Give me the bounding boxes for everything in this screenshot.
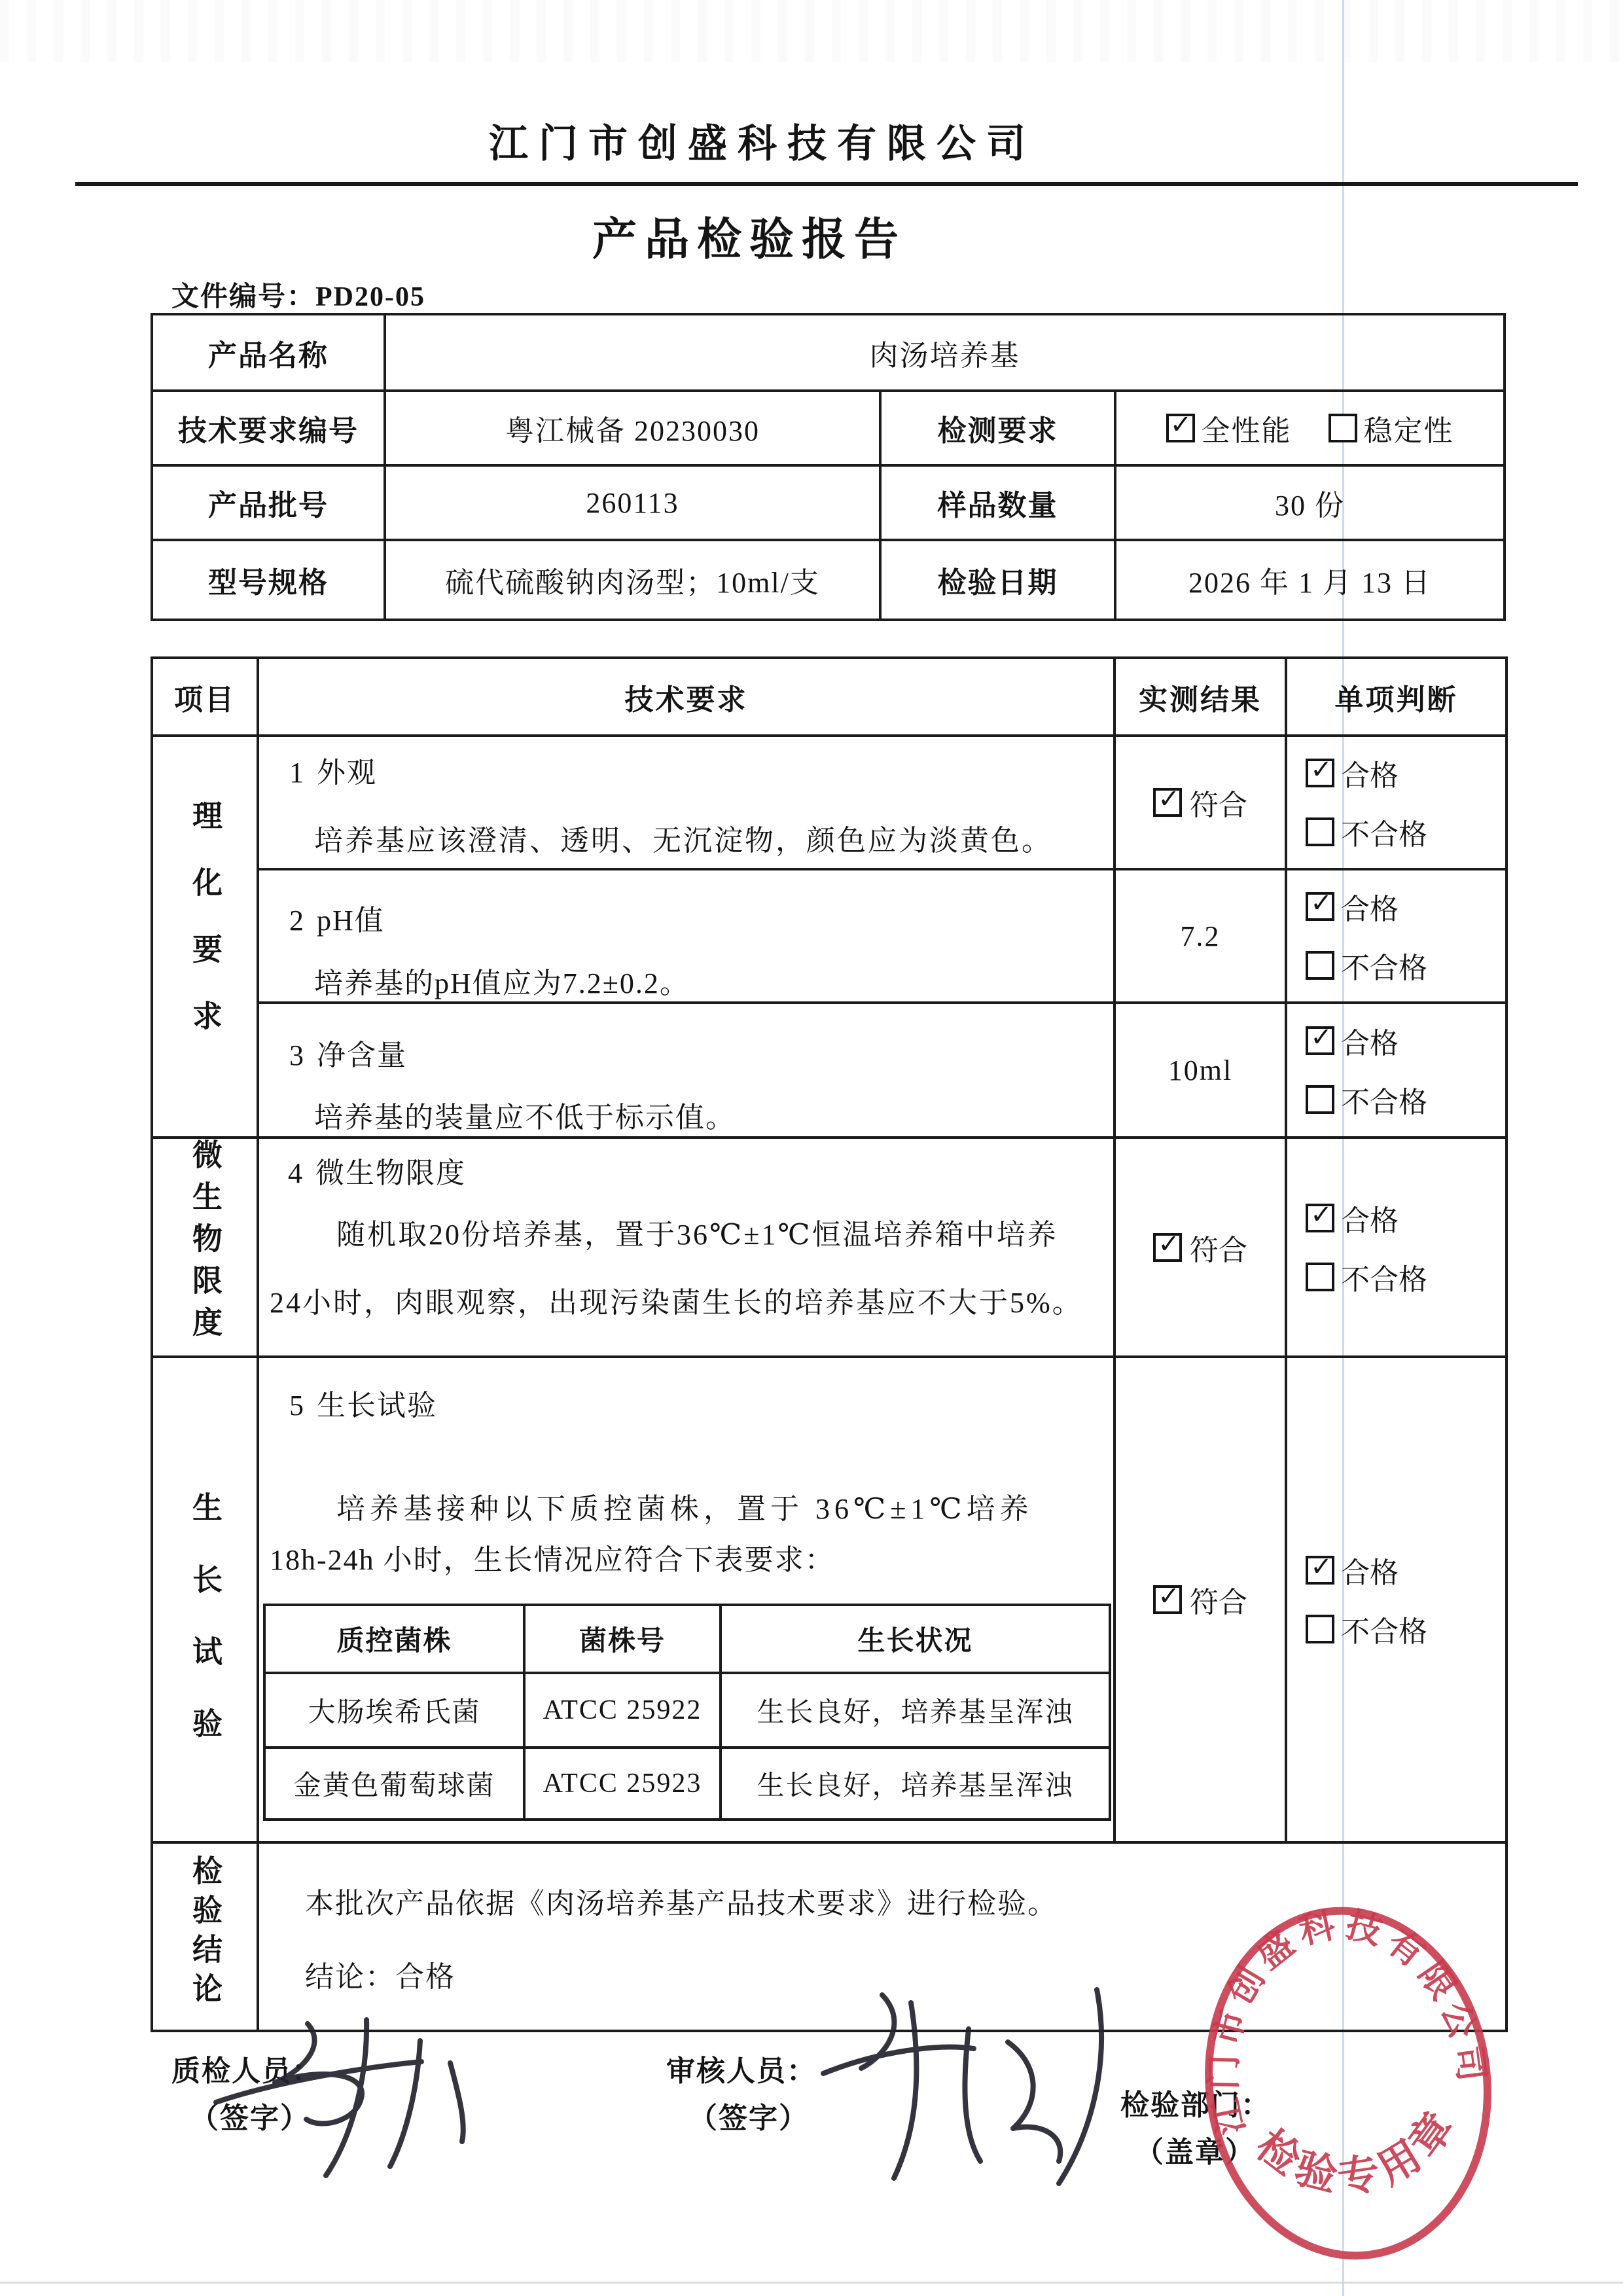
strain-number: ATCC 25923 (524, 1748, 721, 1820)
seal-center-text: 检验专用章 (1243, 2095, 1474, 2213)
checkbox-unchecked-icon (1306, 1263, 1334, 1291)
row-ph: 2pH值 培养基的pH值应为7.2±0.2。 7.2 ✓合格 不合格 (152, 869, 1507, 1003)
col-header-item: 项目 (152, 658, 258, 736)
growth-strains-table: 质控菌株 菌株号 生长状况 大肠埃希氏菌 ATCC 25922 生长良好，培养基… (263, 1604, 1111, 1821)
checkbox-unchecked-icon (1306, 1615, 1334, 1643)
item-number: 1 (289, 757, 305, 789)
row-net-content: 3净含量 培养基的装量应不低于标示值。 10ml ✓合格 不合格 (152, 1003, 1507, 1138)
checkbox-unchecked-icon (1306, 951, 1334, 980)
checkbox-checked-icon: ✓ (1153, 788, 1182, 817)
result-text: 符合 (1190, 1579, 1247, 1621)
item-number: 5 (289, 1390, 305, 1422)
info-row-tech-req: 技术要求编号 粤江械备 20230030 检测要求 ✓ 全性能 稳定性 (152, 391, 1505, 465)
growth-table-header: 质控菌株 菌株号 生长状况 (264, 1605, 1110, 1673)
judge-fail-label: 不合格 (1341, 1256, 1427, 1298)
product-name-value: 肉汤培养基 (385, 314, 1505, 391)
col-header-judgement: 单项判断 (1286, 658, 1507, 736)
option-label: 稳定性 (1364, 407, 1454, 449)
group-physicochemical: 理化要求 (152, 736, 258, 1138)
title-divider (75, 182, 1578, 186)
group-label: 理化要求 (183, 800, 226, 1067)
judge-fail-label: 不合格 (1341, 1608, 1427, 1650)
requirement-appearance: 1外观 培养基应该澄清、透明、无沉淀物，颜色应为淡黄色。 (258, 736, 1115, 869)
sample-qty-label: 样品数量 (880, 465, 1115, 540)
check-mark-icon: ✓ (1310, 890, 1332, 916)
check-mark-icon: ✓ (1310, 1024, 1332, 1050)
reviewer-signature (823, 1990, 1101, 2183)
seal-ring-text: 江门市创盛科技有限公司 (1184, 1888, 1495, 2138)
model-label: 型号规格 (152, 540, 385, 620)
model-value: 硫代硫酸钠肉汤型；10ml/支 (385, 540, 880, 620)
requirement-text: 培养基应该澄清、透明、无沉淀物，颜色应为淡黄色。 (314, 817, 1052, 859)
strain-name: 大肠埃希氏菌 (264, 1673, 524, 1748)
strain-col-header: 质控菌株 (264, 1605, 524, 1673)
judge-pass-label: 合格 (1341, 1197, 1399, 1239)
test-req-value: ✓ 全性能 稳定性 (1115, 391, 1505, 465)
item-title: 生长试验 (317, 1390, 437, 1422)
result-text: 7.2 (1116, 920, 1285, 953)
col-header-requirement: 技术要求 (258, 658, 1115, 736)
checkbox-checked-icon: ✓ (1306, 1204, 1334, 1232)
company-title: 江门市创盛科技有限公司 (0, 113, 1525, 169)
strain-number: ATCC 25922 (524, 1673, 721, 1748)
inspection-items-table: 项目 技术要求 实测结果 单项判断 理化要求 1外观 培养基应该澄清、透明、无沉… (151, 656, 1508, 2032)
check-mark-icon: ✓ (1158, 1231, 1180, 1257)
row-growth-test: 生长试验 5生长试验 培养基接种以下质控菌株，置于 36℃±1℃培养 18h-2… (152, 1357, 1507, 1842)
option-stability: 稳定性 (1329, 407, 1454, 449)
judgement-net-content: ✓合格 不合格 (1286, 1003, 1507, 1138)
scan-noise-artifact (0, 0, 1623, 62)
check-mark-icon: ✓ (1158, 1583, 1180, 1609)
requirement-text: 随机取20份培养基，置于36℃±1℃恒温培养箱中培养 (336, 1211, 1058, 1253)
item-title: 微生物限度 (315, 1157, 466, 1189)
result-microbial: ✓符合 (1115, 1138, 1286, 1357)
date-value: 2026 年 1 月 13 日 (1115, 540, 1505, 620)
checkbox-unchecked-icon (1306, 817, 1334, 846)
item-title: 外观 (317, 757, 377, 789)
group-label: 生长试验 (183, 1492, 226, 1780)
judgement-microbial: ✓合格 不合格 (1286, 1138, 1507, 1357)
checkbox-checked-icon: ✓ (1306, 759, 1334, 787)
requirement-microbial: 4微生物限度 随机取20份培养基，置于36℃±1℃恒温培养箱中培养 24小时，肉… (258, 1138, 1115, 1357)
judge-fail-label: 不合格 (1341, 1079, 1427, 1121)
batch-value: 260113 (385, 465, 880, 540)
row-microbial-limit: 微生物限度 4微生物限度 随机取20份培养基，置于36℃±1℃恒温培养箱中培养 … (152, 1138, 1507, 1357)
row-appearance: 理化要求 1外观 培养基应该澄清、透明、无沉淀物，颜色应为淡黄色。 ✓符合 ✓合… (152, 736, 1507, 869)
main-header-row: 项目 技术要求 实测结果 单项判断 (152, 658, 1507, 736)
requirement-text: 培养基的装量应不低于标示值。 (314, 1094, 736, 1136)
check-mark-icon: ✓ (1158, 786, 1180, 812)
date-label: 检验日期 (880, 540, 1115, 620)
result-text: 符合 (1190, 781, 1247, 823)
checkbox-unchecked-icon (1329, 414, 1357, 442)
item-number: 3 (289, 1039, 305, 1071)
group-growth-test: 生长试验 (152, 1357, 258, 1842)
option-label: 全性能 (1202, 407, 1292, 449)
growth-status: 生长良好，培养基呈浑浊 (721, 1748, 1110, 1820)
tech-req-no-value: 粤江械备 20230030 (385, 391, 880, 465)
batch-label: 产品批号 (152, 465, 385, 540)
item-title: pH值 (317, 905, 385, 937)
tech-req-no-label: 技术要求编号 (152, 391, 385, 465)
checkbox-checked-icon: ✓ (1306, 892, 1334, 921)
requirement-text: 24小时，肉眼观察，出现污染菌生长的培养基应不大于5%。 (270, 1279, 1083, 1321)
doc-number-value: PD20-05 (315, 282, 425, 312)
table-row: 金黄色葡萄球菌 ATCC 25923 生长良好，培养基呈浑浊 (264, 1748, 1110, 1820)
result-appearance: ✓符合 (1115, 736, 1286, 869)
item-number: 2 (289, 905, 305, 937)
growth-status: 生长良好，培养基呈浑浊 (721, 1673, 1110, 1748)
judgement-appearance: ✓合格 不合格 (1286, 736, 1507, 869)
judgement-ph: ✓合格 不合格 (1286, 869, 1507, 1003)
report-title: 产品检验报告 (0, 204, 1499, 268)
check-mark-icon: ✓ (1170, 412, 1194, 438)
col-header-result: 实测结果 (1115, 658, 1286, 736)
item-number: 4 (288, 1157, 304, 1189)
result-ph: 7.2 (1115, 869, 1286, 1003)
product-name-label: 产品名称 (152, 314, 385, 391)
requirement-growth: 5生长试验 培养基接种以下质控菌株，置于 36℃±1℃培养 18h-24h 小时… (258, 1357, 1115, 1842)
info-row-product-name: 产品名称 肉汤培养基 (152, 314, 1505, 391)
checkbox-checked-icon: ✓ (1153, 1585, 1182, 1614)
item-title: 净含量 (317, 1039, 407, 1071)
checkbox-unchecked-icon (1306, 1085, 1334, 1114)
requirement-net-content: 3净含量 培养基的装量应不低于标示值。 (258, 1003, 1115, 1138)
company-seal: 江门市创盛科技有限公司 检验专用章 (1177, 1882, 1518, 2284)
judgement-growth: ✓合格 不合格 (1286, 1357, 1507, 1842)
growth-status-col-header: 生长状况 (721, 1605, 1110, 1673)
group-microbial-limit: 微生物限度 (152, 1138, 258, 1357)
info-row-batch: 产品批号 260113 样品数量 30 份 (152, 465, 1505, 540)
result-text: 10ml (1116, 1054, 1285, 1087)
judge-fail-label: 不合格 (1341, 811, 1427, 853)
checkbox-checked-icon: ✓ (1306, 1026, 1334, 1055)
requirement-ph: 2pH值 培养基的pH值应为7.2±0.2。 (258, 869, 1115, 1003)
qc-signature (216, 2020, 463, 2176)
requirement-text: 培养基的pH值应为7.2±0.2。 (314, 960, 690, 1001)
result-growth: ✓符合 (1115, 1357, 1286, 1842)
info-row-model: 型号规格 硫代硫酸钠肉汤型；10ml/支 检验日期 2026 年 1 月 13 … (152, 540, 1505, 620)
option-full-performance: ✓ 全性能 (1166, 407, 1292, 449)
strain-no-col-header: 菌株号 (524, 1605, 721, 1673)
test-req-label: 检测要求 (880, 391, 1115, 465)
judge-pass-label: 合格 (1341, 886, 1399, 927)
requirement-text: 18h-24h 小时，生长情况应符合下表要求： (270, 1536, 835, 1578)
judge-pass-label: 合格 (1341, 1020, 1399, 1062)
judge-pass-label: 合格 (1341, 1549, 1399, 1591)
result-text: 符合 (1190, 1227, 1247, 1268)
conclusion-text: 本批次产品依据《肉汤培养基产品技术要求》进行检验。 (305, 1880, 1058, 1922)
doc-number: 文件编号：PD20-05 (171, 275, 425, 314)
inspection-report-page: 江门市创盛科技有限公司 产品检验报告 文件编号：PD20-05 产品名称 肉汤培… (0, 0, 1623, 2296)
doc-number-label: 文件编号： (171, 282, 315, 312)
judge-fail-label: 不合格 (1341, 944, 1427, 986)
sample-qty-value: 30 份 (1115, 465, 1505, 540)
result-net-content: 10ml (1115, 1003, 1286, 1138)
checkbox-checked-icon: ✓ (1166, 414, 1195, 442)
check-mark-icon: ✓ (1310, 1554, 1332, 1580)
check-mark-icon: ✓ (1310, 1202, 1332, 1228)
group-label: 微生物限度 (183, 1139, 226, 1348)
check-mark-icon: ✓ (1310, 757, 1332, 783)
product-info-table: 产品名称 肉汤培养基 技术要求编号 粤江械备 20230030 检测要求 ✓ 全… (151, 313, 1506, 621)
table-row: 大肠埃希氏菌 ATCC 25922 生长良好，培养基呈浑浊 (264, 1673, 1110, 1748)
checkbox-checked-icon: ✓ (1306, 1556, 1334, 1585)
strain-name: 金黄色葡萄球菌 (264, 1748, 524, 1820)
checkbox-checked-icon: ✓ (1153, 1233, 1182, 1262)
requirement-text: 培养基接种以下质控菌株，置于 36℃±1℃培养 (336, 1485, 1033, 1527)
judge-pass-label: 合格 (1341, 752, 1399, 794)
